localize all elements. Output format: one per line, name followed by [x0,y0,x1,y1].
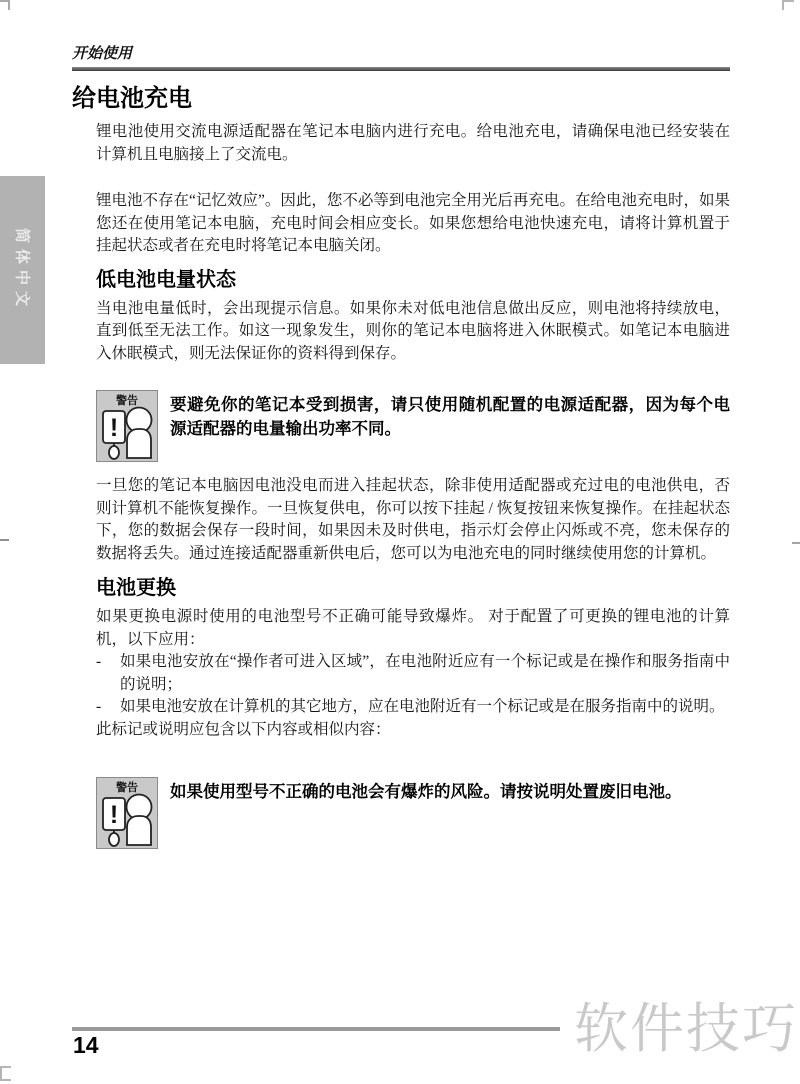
watermark-text: 软件技巧 [574,986,798,1063]
bullet-text-operator-area: 如果电池安放在“操作者可进入区域”，在电池附近应有一个标记或是在操作和服务指南中… [120,651,730,696]
header-rule [72,67,730,71]
crop-mark-top-right [782,0,794,10]
heading-battery-replace: 电池更换 [96,575,730,601]
warning-sign-bulb [109,446,119,459]
warning-text: 要避免你的笔记本受到损害，请只使用随机配置的电源适配器，因为每个电源适配器的电量… [170,390,730,441]
language-side-tab: 简体中文 [0,176,45,364]
warning-text: 如果使用型号不正确的电池会有爆炸的风险。请按说明处置废旧电池。 [170,777,730,805]
paragraph-label-note: 此标记或说明应包含以下内容或相似内容： [96,719,730,742]
running-header-title: 开始使用 [72,45,132,62]
language-side-tab-label: 简体中文 [12,228,33,312]
manual-page: 简体中文 开始使用 给电池充电 锂电池使用交流电源适配器在笔记本电脑内进行充电。… [0,0,800,1084]
crop-mark-top-left [0,0,10,10]
warning-icon: 警告 ! [96,390,158,462]
warning-icon-label: 警告 [116,780,138,794]
paragraph-charge-1: 锂电池使用交流电源适配器在笔记本电脑内进行充电。给电池充电，请确保电池已经安装在… [96,121,730,166]
heading-charge-battery: 给电池充电 [72,84,730,114]
paragraph-replace-intro: 如果更换电源时使用的电池型号不正确可能导致爆炸。 对于配置了可更换的锂电池的计算… [96,606,730,651]
bullet-marker: - [96,696,120,719]
warning-icon-label: 警告 [116,393,138,407]
crop-mark-bottom-left [0,1066,11,1081]
warning-block-adapter: 警告 ! 要避免你的笔记本受到损害，请只使用随机配置的电源适配器，因为每个电源适… [96,390,730,462]
page-number: 14 [73,1032,99,1059]
list-item: - 如果电池安放在计算机的其它地方，应在电池附近有一个标记或是在服务指南中的说明… [96,696,730,719]
paragraph-low-battery: 当电池电量低时，会出现提示信息。如果你未对低电池信息做出反应，则电池将持续放电，… [96,298,730,366]
warning-block-explosion: 警告 ! 如果使用型号不正确的电池会有爆炸的风险。请按说明处置废旧电池。 [96,777,730,849]
warning-exclamation: ! [110,801,118,829]
crop-mark-mid-right [792,542,800,544]
warning-person-body [127,429,151,458]
warning-sign-bulb [109,833,119,846]
running-header: 开始使用 [72,44,730,67]
paragraph-suspend: 一旦您的笔记本电脑因电池没电而进入挂起状态，除非使用适配器或充过电的电池供电，否… [96,475,730,565]
bullet-text-other-location: 如果电池安放在计算机的其它地方，应在电池附近有一个标记或是在服务指南中的说明。 [120,696,730,719]
crop-mark-mid-left [0,539,9,541]
paragraph-charge-2: 锂电池不存在“记忆效应”。因此，您不必等到电池完全用光后再充电。在给电池充电时，… [96,190,730,258]
bullet-marker: - [96,651,120,696]
warning-icon: 警告 ! [96,777,158,849]
page-content: 开始使用 给电池充电 锂电池使用交流电源适配器在笔记本电脑内进行充电。给电池充电… [72,44,730,849]
footer-rule [72,1027,560,1031]
warning-person-body [127,816,151,845]
heading-low-battery: 低电池电量状态 [96,267,730,293]
list-item: - 如果电池安放在“操作者可进入区域”，在电池附近应有一个标记或是在操作和服务指… [96,651,730,696]
warning-exclamation: ! [110,414,118,442]
